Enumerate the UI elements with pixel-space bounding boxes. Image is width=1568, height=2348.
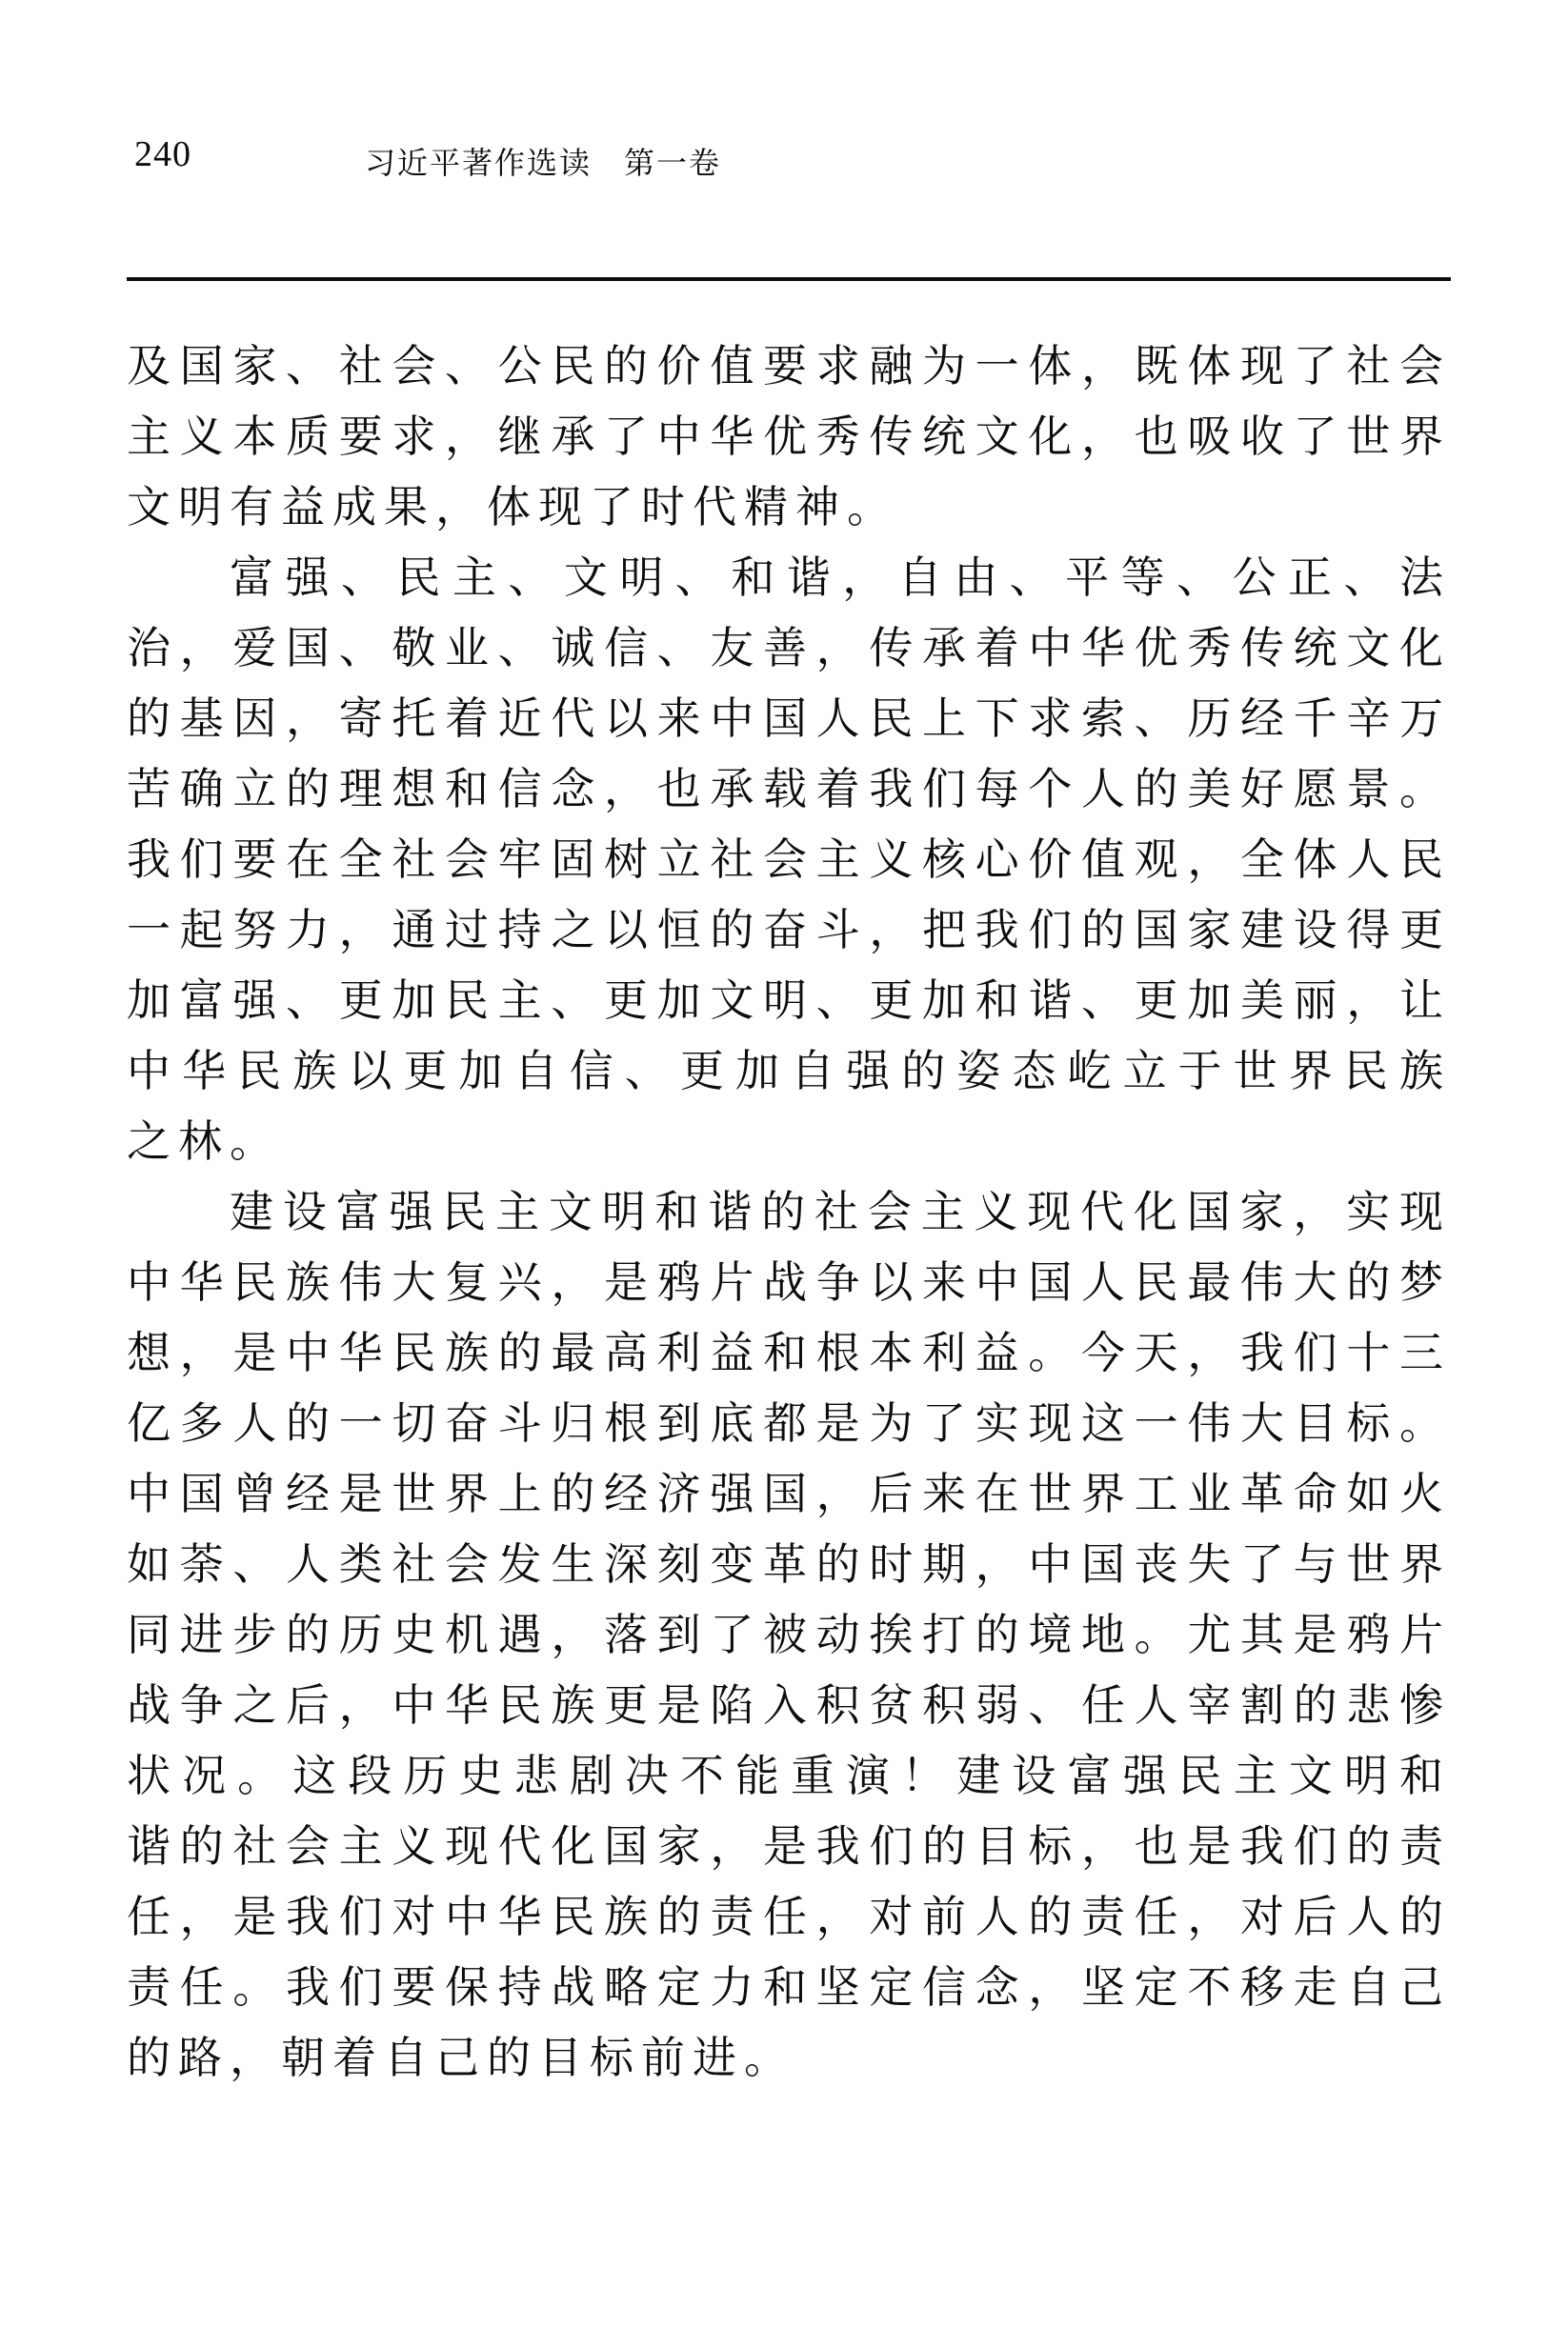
body-text: 及国家、社会、公民的价值要求融为一体，既体现了社会 主义本质要求，继承了中华优秀… [127, 331, 1451, 2094]
paragraph-3: 建设富强民主文明和谐的社会主义现代化国家，实现 中华民族伟大复兴，是鸦片战争以来… [127, 1177, 1451, 2094]
text-line: 谐的社会主义现代化国家，是我们的目标，也是我们的责 [127, 1812, 1451, 1882]
text-line: 想，是中华民族的最高利益和根本利益。今天，我们十三 [127, 1318, 1451, 1389]
text-line: 中华民族伟大复兴，是鸦片战争以来中国人民最伟大的梦 [127, 1248, 1451, 1318]
text-line: 的路，朝着自己的目标前进。 [127, 2023, 1451, 2094]
text-line: 之林。 [127, 1107, 1451, 1177]
text-line: 的基因，寄托着近代以来中国人民上下求索、历经千辛万 [127, 684, 1451, 754]
text-line: 亿多人的一切奋斗归根到底都是为了实现这一伟大目标。 [127, 1389, 1451, 1459]
text-line: 如荼、人类社会发生深刻变革的时期，中国丧失了与世界 [127, 1530, 1451, 1600]
header-rule [127, 277, 1451, 281]
text-line: 建设富强民主文明和谐的社会主义现代化国家，实现 [127, 1177, 1451, 1248]
text-line: 一起努力，通过持之以恒的奋斗，把我们的国家建设得更 [127, 895, 1451, 966]
text-line: 中国曾经是世界上的经济强国，后来在世界工业革命如火 [127, 1459, 1451, 1530]
paragraph-1: 及国家、社会、公民的价值要求融为一体，既体现了社会 主义本质要求，继承了中华优秀… [127, 331, 1451, 543]
book-page: 240 习近平著作选读 第一卷 及国家、社会、公民的价值要求融为一体，既体现了社… [0, 0, 1568, 2348]
text-line: 文明有益成果，体现了时代精神。 [127, 472, 1451, 543]
text-line: 状况。这段历史悲剧决不能重演！建设富强民主文明和 [127, 1741, 1451, 1812]
text-line: 同进步的历史机遇，落到了被动挨打的境地。尤其是鸦片 [127, 1600, 1451, 1671]
page-number: 240 [134, 133, 191, 175]
text-line: 及国家、社会、公民的价值要求融为一体，既体现了社会 [127, 331, 1451, 402]
text-line: 任，是我们对中华民族的责任，对前人的责任，对后人的 [127, 1882, 1451, 1953]
page-header: 240 习近平著作选读 第一卷 [127, 130, 1451, 183]
text-line: 加富强、更加民主、更加文明、更加和谐、更加美丽，让 [127, 966, 1451, 1036]
text-line: 主义本质要求，继承了中华优秀传统文化，也吸收了世界 [127, 402, 1451, 472]
text-line: 战争之后，中华民族更是陷入积贫积弱、任人宰割的悲惨 [127, 1671, 1451, 1741]
text-line: 富强、民主、文明、和谐，自由、平等、公正、法 [127, 543, 1451, 613]
book-title: 习近平著作选读 第一卷 [365, 139, 721, 183]
paragraph-2: 富强、民主、文明、和谐，自由、平等、公正、法 治，爱国、敬业、诚信、友善，传承着… [127, 543, 1451, 1177]
text-line: 中华民族以更加自信、更加自强的姿态屹立于世界民族 [127, 1036, 1451, 1107]
text-line: 责任。我们要保持战略定力和坚定信念，坚定不移走自己 [127, 1953, 1451, 2023]
text-line: 我们要在全社会牢固树立社会主义核心价值观，全体人民 [127, 825, 1451, 895]
text-line: 治，爱国、敬业、诚信、友善，传承着中华优秀传统文化 [127, 613, 1451, 684]
text-line: 苦确立的理想和信念，也承载着我们每个人的美好愿景。 [127, 754, 1451, 825]
